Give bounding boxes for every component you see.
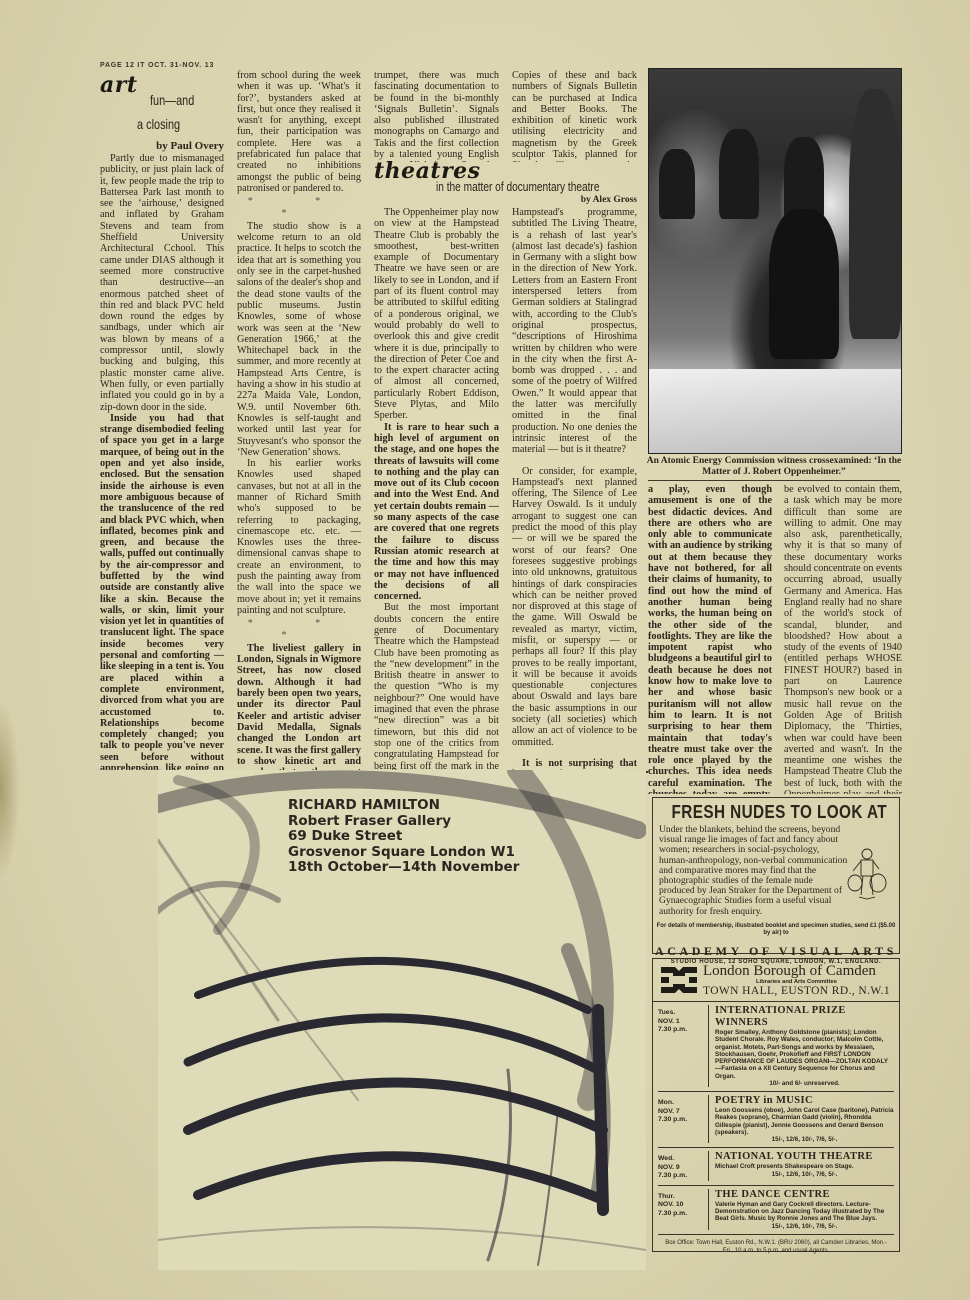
event-title: THE DANCE CENTRE xyxy=(715,1189,894,1201)
article-paragraph: Inside you had that strange disembodied … xyxy=(100,413,224,770)
event-date-value: NOV. 10 xyxy=(658,1201,708,1210)
camden-event: Thur. NOV. 10 7.30 p.m. THE DANCE CENTRE… xyxy=(658,1186,894,1235)
art-column-2: from school during the week when it was … xyxy=(237,70,361,770)
article-paragraph: The studio show is a welcome return to a… xyxy=(237,221,361,458)
event-price: 15/-, 12/6, 10/-, 7/6, 5/-. xyxy=(715,1223,894,1230)
art-byline: by Paul Overy xyxy=(100,140,224,152)
article-paragraph: The Oppenheimer play now on view at the … xyxy=(374,207,499,422)
article-paragraph: The liveliest gallery in London, Signals… xyxy=(237,643,361,770)
theatres-column-3: a play, even though amusement is one of … xyxy=(648,484,772,794)
event-price: 15/-, 12/6, 10/-, 7/6, 5/-. xyxy=(715,1136,894,1143)
event-date-value: NOV. 1 xyxy=(658,1018,708,1027)
hamilton-square: Grosvenor Square London W1 xyxy=(288,845,519,861)
article-paragraph: trumpet, there was much fascinating docu… xyxy=(374,70,499,162)
event-desc: Valerie Hyman and Gary Cockrell director… xyxy=(715,1201,894,1223)
event-date: Tues. NOV. 1 7.30 p.m. xyxy=(658,1005,709,1087)
article-paragraph: from school during the week when it was … xyxy=(237,70,361,194)
event-day: Mon. xyxy=(658,1099,708,1108)
richard-hamilton-ad: RICHARD HAMILTON Robert Fraser Gallery 6… xyxy=(158,770,646,1270)
article-paragraph: a play, even though amusement is one of … xyxy=(648,484,772,794)
event-desc: Michael Croft presents Shakespeare on St… xyxy=(715,1163,894,1170)
article-paragraph: It is not surprising that lovers of Docu… xyxy=(512,758,637,770)
nudes-ad-org: ACADEMY OF VISUAL ARTS xyxy=(653,944,899,959)
photo-caption: An Atomic Energy Commission witness cros… xyxy=(646,456,902,478)
nudes-ad-title: FRESH NUDES TO LOOK AT xyxy=(671,802,880,823)
art-headline-2: a closing xyxy=(137,116,192,134)
event-price: 10/- and 6/- unreserved. xyxy=(715,1080,894,1087)
event-title: NATIONAL YOUTH THEATRE xyxy=(715,1151,894,1163)
theatres-byline: by Alex Gross xyxy=(512,195,637,205)
event-time: 7.30 p.m. xyxy=(658,1026,708,1035)
camden-event: Tues. NOV. 1 7.30 p.m. INTERNATIONAL PRI… xyxy=(658,1002,894,1092)
event-title: INTERNATIONAL PRIZE WINNERS xyxy=(715,1005,894,1029)
page-folio: PAGE 12 IT OCT. 31-NOV. 13 xyxy=(100,62,214,69)
article-paragraph: It is rare to hear such a high level of … xyxy=(374,422,499,603)
camden-venue: TOWN HALL, EUSTON RD., N.W.1 xyxy=(703,985,890,997)
hamilton-ad-text: RICHARD HAMILTON Robert Fraser Gallery 6… xyxy=(288,798,519,876)
photo-figure xyxy=(849,89,901,339)
camden-event: Mon. NOV. 7 7.30 p.m. POETRY in MUSIC Le… xyxy=(658,1092,894,1148)
event-info: NATIONAL YOUTH THEATRE Michael Croft pre… xyxy=(709,1151,894,1181)
article-paragraph: be evolved to contain them, a task which… xyxy=(784,484,902,794)
article-paragraph: Hampstead's programme, subtitled The Liv… xyxy=(512,207,637,456)
caption-rule xyxy=(648,480,900,481)
event-date-value: NOV. 9 xyxy=(658,1164,708,1173)
theatres-column-4: be evolved to contain them, a task which… xyxy=(784,484,902,794)
event-title: POETRY in MUSIC xyxy=(715,1095,894,1107)
article-paragraph: Partly due to mismanaged publicity, or j… xyxy=(100,153,224,413)
torn-edge xyxy=(0,700,20,880)
event-date: Wed. NOV. 9 7.30 p.m. xyxy=(658,1151,709,1181)
event-info: POETRY in MUSIC Leon Goossens (oboe), Jo… xyxy=(709,1095,894,1143)
art-column-1: Partly due to mismanaged publicity, or j… xyxy=(100,153,224,770)
art-section-head: art xyxy=(100,72,138,98)
event-desc: Roger Smalley, Anthony Goldstone (pianis… xyxy=(715,1029,894,1080)
event-time: 7.30 p.m. xyxy=(658,1210,708,1219)
event-info: THE DANCE CENTRE Valerie Hyman and Gary … xyxy=(709,1189,894,1230)
camden-borough-logo-icon xyxy=(659,963,699,997)
camden-box-office: Box Office: Town Hall, Euston Rd., N.W.1… xyxy=(653,1235,899,1259)
newspaper-page: PAGE 12 IT OCT. 31-NOV. 13 art fun—and a… xyxy=(0,0,970,1300)
photo-figure xyxy=(769,209,839,359)
theatres-column-2: Hampstead's programme, subtitled The Liv… xyxy=(512,207,637,770)
event-price: 15/-, 12/6, 10/-, 7/6, 5/-. xyxy=(715,1171,894,1178)
art-headline-line2: a closing xyxy=(137,116,180,132)
event-info: INTERNATIONAL PRIZE WINNERS Roger Smalle… xyxy=(709,1005,894,1087)
theatres-column-1: The Oppenheimer play now on view at the … xyxy=(374,207,499,770)
art-headline-1: fun—and xyxy=(150,92,207,110)
photo-figure xyxy=(719,129,759,219)
camden-header: London Borough of Camden Libraries and A… xyxy=(653,959,899,1002)
cartoon-figure-sketch-icon xyxy=(845,847,887,905)
camden-titles: London Borough of Camden Libraries and A… xyxy=(703,963,890,997)
article-paragraph: Or consider, for example, Hampstead's ne… xyxy=(512,466,637,748)
hamilton-gallery: Robert Fraser Gallery xyxy=(288,814,519,830)
section-break-stars: * * * xyxy=(237,196,361,219)
theatres-headline: in the matter of documentary theatre xyxy=(436,178,646,196)
hamilton-dates: 18th October—14th November xyxy=(288,860,519,876)
art-headline-line1: fun—and xyxy=(150,92,194,108)
fresh-nudes-ad: FRESH NUDES TO LOOK AT Under the blanket… xyxy=(652,797,900,954)
theatres-headline-text: in the matter of documentary theatre xyxy=(436,179,599,194)
article-paragraph: In his earlier works Knowles used shaped… xyxy=(237,458,361,616)
event-date: Thur. NOV. 10 7.30 p.m. xyxy=(658,1189,709,1230)
event-desc: Leon Goossens (oboe), John Carol Case (b… xyxy=(715,1107,894,1136)
event-day: Thur. xyxy=(658,1193,708,1202)
event-day: Tues. xyxy=(658,1009,708,1018)
hamilton-street: 69 Duke Street xyxy=(288,829,519,845)
event-date-value: NOV. 7 xyxy=(658,1108,708,1117)
hamilton-artist: RICHARD HAMILTON xyxy=(288,798,519,814)
event-time: 7.30 p.m. xyxy=(658,1172,708,1181)
camden-title: London Borough of Camden xyxy=(703,963,890,979)
event-time: 7.30 p.m. xyxy=(658,1116,708,1125)
section-break-stars: * * * xyxy=(237,618,361,641)
art-column-3-top: trumpet, there was much fascinating docu… xyxy=(374,70,499,162)
nudes-ad-details: For details of membership, illustrated b… xyxy=(653,923,899,938)
oppenheimer-photo xyxy=(648,68,902,454)
photo-table xyxy=(649,369,901,453)
event-day: Wed. xyxy=(658,1155,708,1164)
article-paragraph: But the most important doubts concern th… xyxy=(374,602,499,770)
article-paragraph: Copies of these and back numbers of Sign… xyxy=(512,70,637,162)
nudes-ad-body-wrap: Under the blankets, behind the screens, … xyxy=(653,825,899,917)
photo-figure xyxy=(659,149,695,219)
camden-ad: London Borough of Camden Libraries and A… xyxy=(652,958,900,1252)
camden-event: Wed. NOV. 9 7.30 p.m. NATIONAL YOUTH THE… xyxy=(658,1148,894,1186)
art-column-4-top: Copies of these and back numbers of Sign… xyxy=(512,70,637,162)
event-date: Mon. NOV. 7 7.30 p.m. xyxy=(658,1095,709,1143)
